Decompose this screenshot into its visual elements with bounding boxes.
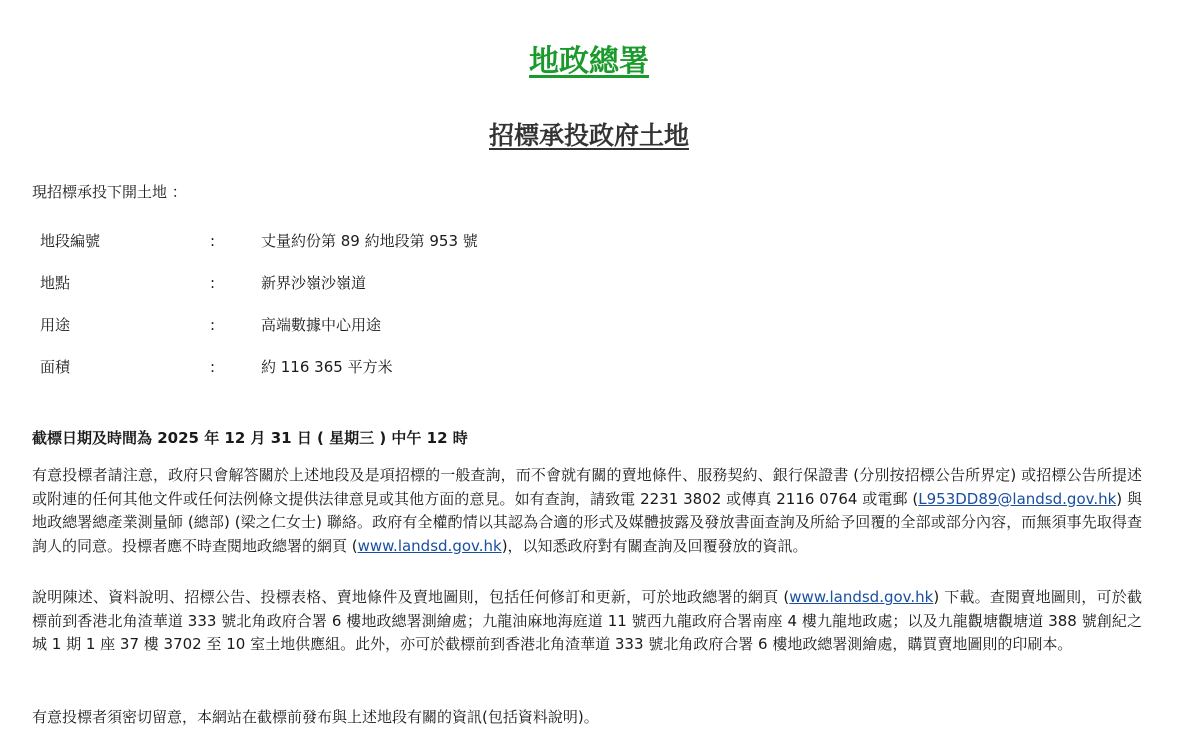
department-title: 地政總署 <box>0 40 1178 84</box>
notice-paragraph: 有意投標者須密切留意，本網站在截標前發布與上述地段有關的資訊(包括資料說明)。 <box>32 706 1142 730</box>
detail-colon: : <box>210 312 215 338</box>
page-title: 招標承投政府土地 <box>0 116 1178 156</box>
tender-deadline: 截標日期及時間為 2025 年 12 月 31 日 ( 星期三 ) 中午 12 … <box>32 426 468 450</box>
detail-value: 約 116 365 平方米 <box>261 354 393 380</box>
website-link[interactable]: www.landsd.gov.hk <box>789 588 933 606</box>
detail-value: 高端數據中心用途 <box>261 312 381 338</box>
documents-paragraph: 說明陳述、資料說明、招標公告、投標表格、賣地條件及賣地圖則，包括任何修訂和更新，… <box>32 586 1142 657</box>
detail-row-location: 地點 : 新界沙嶺沙嶺道 <box>40 270 740 312</box>
detail-label: 面積 <box>40 354 70 380</box>
paragraph-text: )，以知悉政府對有關查詢及回覆發放的資訊。 <box>502 537 808 555</box>
detail-row-lot-number: 地段編號 : 丈量約份第 89 約地段第 953 號 <box>40 228 740 270</box>
detail-colon: : <box>210 270 215 296</box>
detail-colon: : <box>210 228 215 254</box>
detail-label: 地點 <box>40 270 70 296</box>
email-link[interactable]: L953DD89@landsd.gov.hk <box>918 490 1116 508</box>
detail-row-area: 面積 : 約 116 365 平方米 <box>40 354 740 396</box>
detail-row-user: 用途 : 高端數據中心用途 <box>40 312 740 354</box>
detail-label: 用途 <box>40 312 70 338</box>
detail-colon: : <box>210 354 215 380</box>
paragraph-text: 說明陳述、資料說明、招標公告、投標表格、賣地條件及賣地圖則，包括任何修訂和更新，… <box>32 588 789 606</box>
website-link[interactable]: www.landsd.gov.hk <box>358 537 502 555</box>
department-title-text: 地政總署 <box>529 44 649 79</box>
detail-label: 地段編號 <box>40 228 100 254</box>
detail-value: 新界沙嶺沙嶺道 <box>261 270 366 296</box>
intro-text: 現招標承投下開土地 ： <box>32 180 187 204</box>
enquiry-paragraph: 有意投標者請注意，政府只會解答關於上述地段及是項招標的一般查詢，而不會就有關的賣… <box>32 464 1142 558</box>
page-title-text: 招標承投政府土地 <box>489 121 689 150</box>
detail-value: 丈量約份第 89 約地段第 953 號 <box>261 228 478 254</box>
lot-details: 地段編號 : 丈量約份第 89 約地段第 953 號 地點 : 新界沙嶺沙嶺道 … <box>40 228 740 396</box>
